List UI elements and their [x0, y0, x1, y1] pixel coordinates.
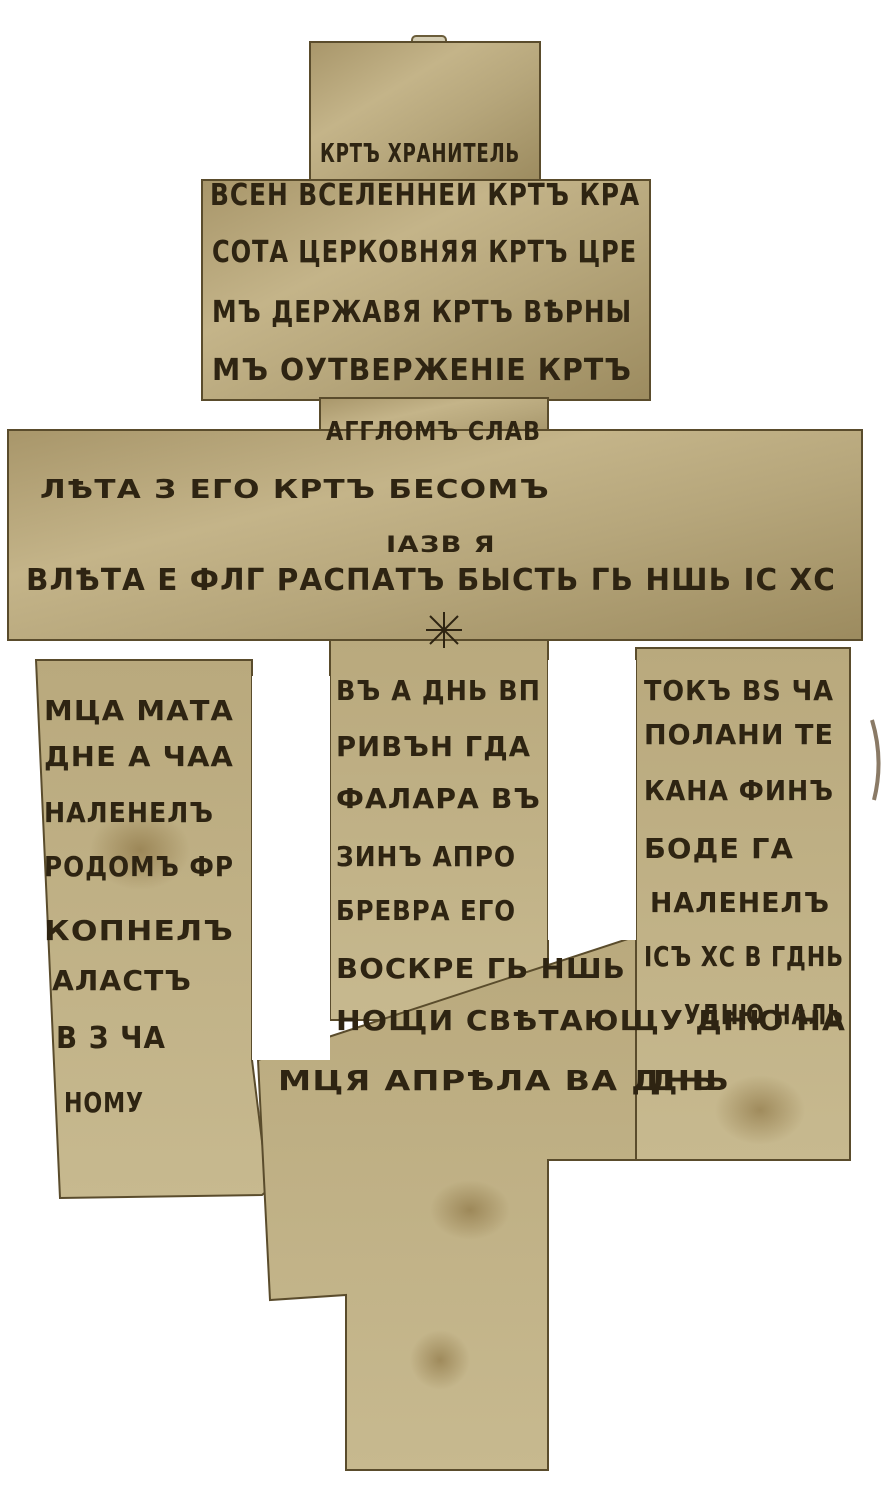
- center-line: БРЕВРА ЕГО: [336, 894, 516, 927]
- top-line: КРТЪ ХРАНИТЕЛЬ: [320, 139, 520, 169]
- crossbar-line: ЛѢТА З ЕГО КРТЪ БЕСОМЪ: [40, 475, 550, 505]
- top-line: АГГЛОМЪ СЛАВ: [326, 417, 541, 447]
- opening-left: [252, 676, 330, 1060]
- left-line: АЛАСТЪ: [52, 964, 192, 997]
- crossbar-line: ВЛѢТА Е ФЛГ РАСПАТЪ БЫСТЬ ГЬ НШЬ ІС ХС: [26, 563, 836, 598]
- right-line: ДНЬ: [650, 1064, 730, 1097]
- center-line: РИВЪН ГДА: [336, 730, 531, 763]
- right-line: ІСЪ ХС В ГДНЬ: [644, 940, 844, 973]
- right-line: НАЛЕНЕЛЪ: [650, 886, 830, 919]
- top-line: СОТА ЦЕРКОВНЯЯ КРТЪ ЦРЕ: [212, 235, 637, 270]
- center-line: ВОСКРЕ ГЬ НШЬ: [336, 952, 626, 985]
- cross-photo: КРТЪ ХРАНИТЕЛЬ ВСЕН ВСЕЛЕННЕИ КРТЪ КРА С…: [0, 0, 886, 1500]
- left-line: В З ЧА: [56, 1021, 166, 1056]
- background-object-edge: [872, 720, 879, 800]
- center-line: ЗИНЪ АПРО: [336, 840, 516, 873]
- right-line: УДНЮ НАЛЬ: [684, 998, 844, 1031]
- star-mark-icon: [426, 612, 462, 648]
- left-line: НОМУ: [64, 1086, 144, 1119]
- left-line: КОПНЕЛЪ: [44, 914, 234, 947]
- top-line: МЪ ОУТВЕРЖЕНІЕ КРТЪ: [212, 353, 632, 388]
- right-line: КАНА ФИНЪ: [644, 774, 834, 807]
- crossbar-line: ІАЗВ Я: [386, 533, 496, 558]
- center-line: ВЪ А ДНЬ ВП: [336, 674, 541, 707]
- left-line: МЦА МАТА: [44, 694, 234, 727]
- left-line: ДНЕ А ЧАА: [44, 740, 234, 773]
- left-line: РОДОМЪ ФР: [44, 850, 234, 883]
- left-line: НАЛЕНЕЛЪ: [44, 796, 214, 829]
- top-line: ВСЕН ВСЕЛЕННЕИ КРТЪ КРА: [210, 178, 640, 213]
- top-line: МЪ ДЕРЖАВЯ КРТЪ ВѢРНЫ: [212, 295, 632, 330]
- center-line: ФАЛАРА ВЪ: [336, 782, 541, 815]
- right-line: БОДЕ ГА: [644, 832, 794, 865]
- right-line: ПОЛАНИ ТЕ: [644, 718, 834, 751]
- right-line: ТОКЪ ВЅ ЧА: [644, 674, 834, 707]
- opening-right: [548, 660, 636, 940]
